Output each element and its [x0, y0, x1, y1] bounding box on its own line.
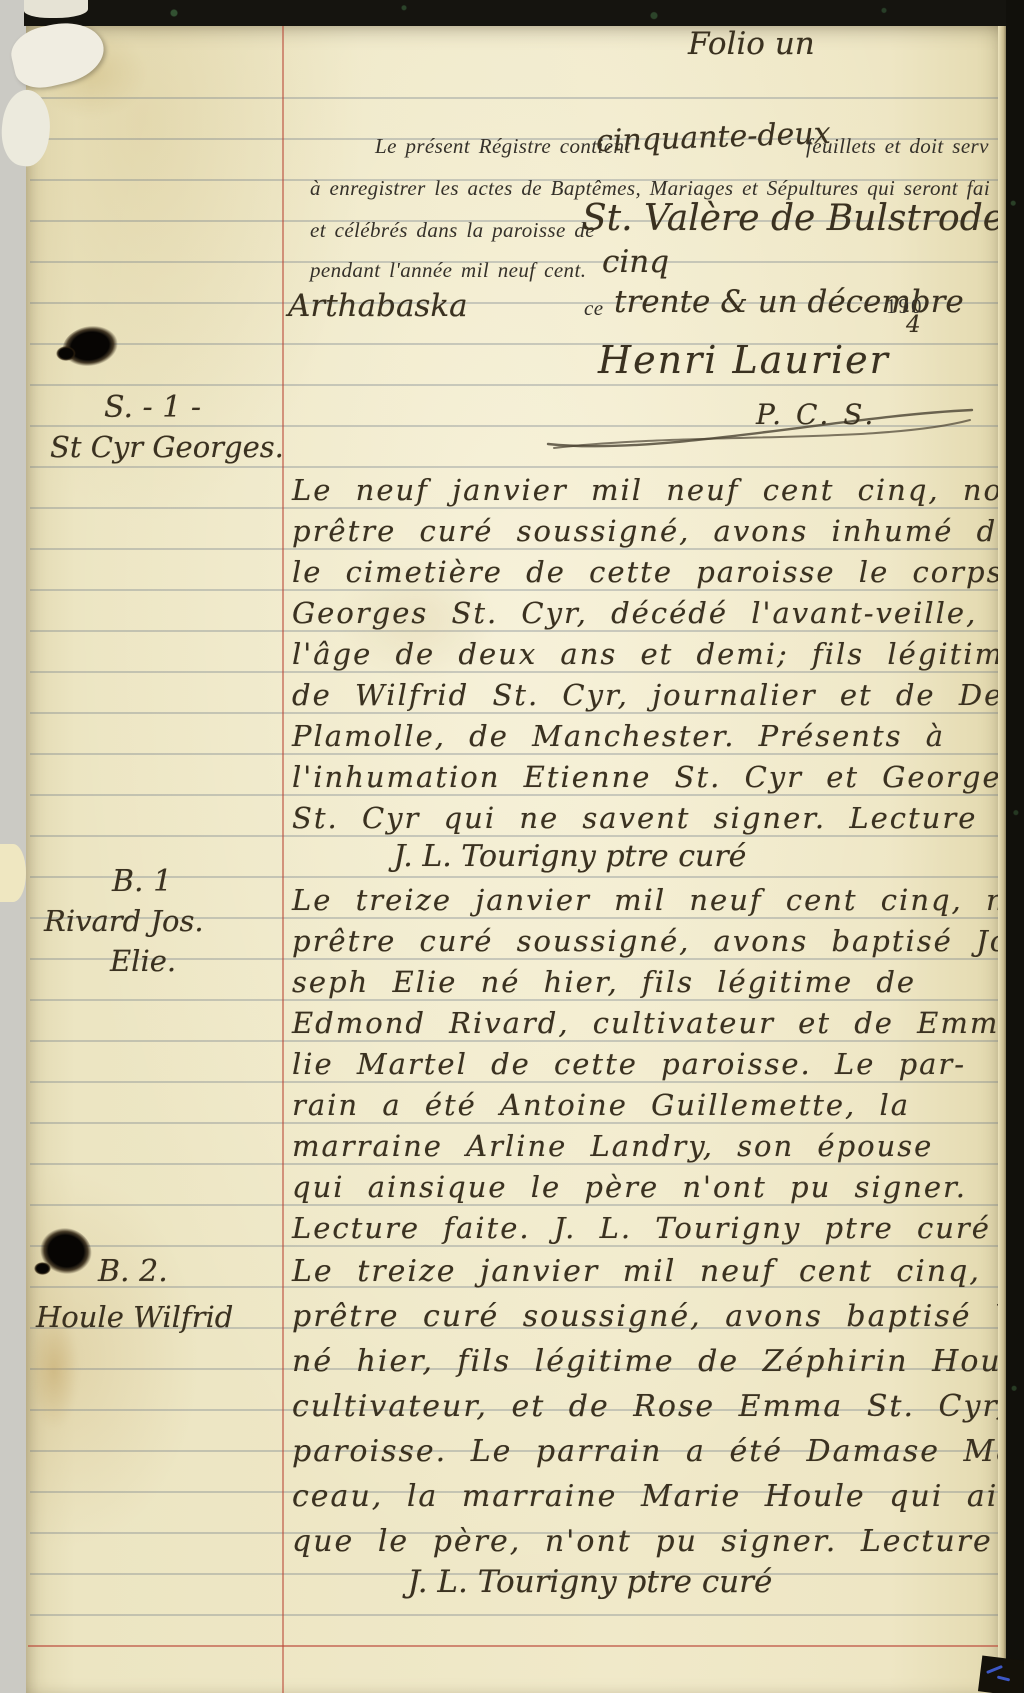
parish-name-handwritten: St. Valère de Bulstrode: [582, 198, 1004, 239]
civil-signature-title: P. C. S.: [756, 398, 876, 431]
entry-1-body: Le neuf janvier mil neuf cent cinq, nous…: [292, 470, 1024, 839]
dateline-printed-ce: ce: [584, 296, 603, 321]
folio-note: Folio un: [688, 26, 815, 62]
body-line: prêtre curé soussigné, avons baptisé Jo-: [292, 921, 1024, 962]
entry-2-margin-name-2: Elie.: [110, 944, 176, 978]
corner-dark-patch: [978, 1655, 1024, 1693]
book-edge-top: [24, 0, 1024, 26]
preamble-line4-printed: pendant l'année mil neuf cent.: [310, 258, 586, 283]
body-line: St. Cyr qui ne savent signer. Lecture fa…: [292, 798, 1024, 839]
entry-1-priest-signature: J. L. Tourigny ptre curé: [340, 839, 800, 874]
torn-paper-fragment: [24, 0, 88, 18]
entry-3-margin-code: B. 2.: [98, 1254, 168, 1289]
body-line: rain a été Antoine Guillemette, la: [292, 1085, 1024, 1126]
body-line: Edmond Rivard, cultivateur et de Emmé-: [292, 1003, 1024, 1044]
torn-paper-fragment: [0, 844, 26, 902]
entry-3-margin-name: Houle Wilfrid: [36, 1300, 233, 1334]
preamble-line1-printed-end: feuillets et doit serv: [806, 134, 989, 159]
dateline-year-handwritten: 4: [906, 312, 921, 338]
wormhole-top-satellite: [56, 346, 76, 361]
body-line: lie Martel de cette paroisse. Le par-: [292, 1044, 1024, 1085]
body-line: de Wilfrid St. Cyr, journalier et de Del…: [292, 675, 1024, 716]
body-line: Le treize janvier mil neuf cent cinq, no…: [292, 880, 1024, 921]
scanned-register-page: Folio un Le présent Régistre contient ci…: [0, 0, 1024, 1693]
body-line: seph Elie né hier, fils légitime de: [292, 962, 1024, 1003]
preamble-line1-printed-start: Le présent Régistre contient: [375, 134, 631, 159]
page-stack-edge: [998, 22, 1006, 1693]
body-line: né hier, fils légitime de Zéphirin Houle…: [292, 1339, 1024, 1384]
dateline-place: Arthabaska: [288, 288, 468, 324]
bottom-rule-line: [28, 1645, 1006, 1647]
preamble-line3-printed: et célébrés dans la paroisse de: [310, 218, 595, 243]
body-line: Georges St. Cyr, décédé l'avant-veille, …: [292, 593, 1024, 634]
body-line: Lecture faite. J. L. Tourigny ptre curé: [292, 1208, 1024, 1249]
body-line: Le treize janvier mil neuf cent cinq, no…: [292, 1249, 1024, 1294]
entry-2-margin-code: B. 1: [112, 864, 172, 899]
entry-2-body: Le treize janvier mil neuf cent cinq, no…: [292, 880, 1024, 1249]
body-line: paroisse. Le parrain a été Damase Mar-: [292, 1429, 1024, 1474]
body-line: l'âge de deux ans et demi; fils légitime: [292, 634, 1024, 675]
body-line: qui ainsique le père n'ont pu signer.: [292, 1167, 1024, 1208]
body-line: Plamolle, de Manchester. Présents à: [292, 716, 1024, 757]
entry-2-margin-name: Rivard Jos.: [44, 904, 204, 938]
entry-1-margin-name: St Cyr Georges.: [50, 430, 284, 464]
civil-signature: Henri Laurier: [598, 338, 890, 382]
entry-3-body: Le treize janvier mil neuf cent cinq, no…: [292, 1249, 1024, 1564]
book-edge-right: [1006, 0, 1024, 1693]
entry-1-margin-code: S. - 1 -: [104, 390, 201, 425]
body-line: prêtre curé soussigné, avons baptisé Wil…: [292, 1294, 1024, 1339]
body-line: cultivateur, et de Rose Emma St. Cyr, de…: [292, 1384, 1024, 1429]
body-line: le cimetière de cette paroisse le corps …: [292, 552, 1024, 593]
body-line: marraine Arline Landry, son épouse: [292, 1126, 1024, 1167]
margin-rule-line: [282, 24, 284, 1693]
body-line: prêtre curé soussigné, avons inhumé dans: [292, 511, 1024, 552]
year-word-handwritten: cinq: [602, 244, 669, 280]
body-line: ceau, la marraine Marie Houle qui ainsi: [292, 1474, 1024, 1519]
entry-3-priest-signature: J. L. Tourigny ptre curé: [380, 1564, 800, 1600]
body-line: l'inhumation Etienne St. Cyr et Georges: [292, 757, 1024, 798]
body-line: Le neuf janvier mil neuf cent cinq, nous: [292, 470, 1024, 511]
body-line: que le père, n'ont pu signer. Lecture fa…: [292, 1519, 1024, 1564]
wormhole-bottom-satellite: [34, 1262, 51, 1275]
